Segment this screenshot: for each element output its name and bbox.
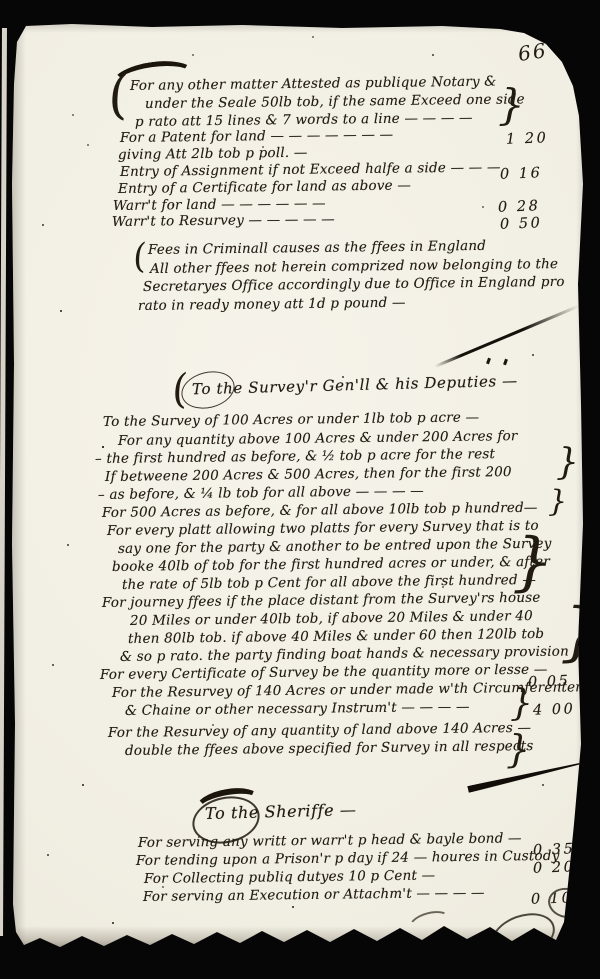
brace-mark: } xyxy=(556,445,579,481)
fee-line: rato in ready money att 1d p pound — xyxy=(138,295,406,314)
fee-line: For Collecting publiq dutyes 10 p Cent — xyxy=(144,867,435,887)
fee-line: If betweene 200 Acres & 500 Acres, then … xyxy=(105,464,512,485)
manuscript-page: 66 ( For any other matter Attested as pu… xyxy=(12,24,586,952)
brace-mark: } xyxy=(510,686,533,722)
fee-line: Entry of a Certificate for land as above… xyxy=(118,177,411,197)
fee-line: double the ffees above specified for Sur… xyxy=(125,738,534,759)
fee-line: giving Att 2lb tob p poll. — xyxy=(118,145,308,163)
section-heading-sheriff: To the Sheriffe — xyxy=(205,800,357,823)
folio-number: 66 xyxy=(516,38,549,66)
fee-line: Fees in Criminall causes as the ffees in… xyxy=(148,238,486,258)
brace-mark: } xyxy=(560,600,600,664)
fee-line: Warr't to Resurvey — — — — — xyxy=(112,211,335,230)
fee-amount: 4 00 xyxy=(533,701,576,718)
fee-amount: 1 20 xyxy=(506,130,549,147)
fee-line: under the Seale 50lb tob, if the same Ex… xyxy=(145,91,525,112)
photo-backdrop: 66 ( For any other matter Attested as pu… xyxy=(0,0,600,979)
brace-mark: } xyxy=(506,730,530,768)
page-right-shading xyxy=(576,24,586,952)
fee-line: – the first hundred as before, & ½ tob p… xyxy=(95,446,495,467)
brace-mark: } xyxy=(498,84,525,126)
fee-amount: 0 50 xyxy=(500,215,543,232)
fee-line: For serving an Execution or Attachm't — … xyxy=(143,885,485,905)
fee-line: To the Survey of 100 Acres or under 1lb … xyxy=(103,409,479,430)
fee-line: – as before, & ¼ lb tob for all above — … xyxy=(98,483,424,503)
paper-speckles xyxy=(12,24,14,26)
fee-amount: 0 16 xyxy=(500,165,543,182)
paragraph-paren: ( xyxy=(131,239,149,275)
fee-line: For tending upon a Prison'r p day if 24 … xyxy=(136,848,560,869)
fee-line: Entry of Assignment if not Exceed halfe … xyxy=(120,159,501,180)
fee-line: For a Patent for land — — — — — — — xyxy=(120,127,393,146)
ink-dot xyxy=(486,358,491,365)
fee-line: For any other matter Attested as publiqu… xyxy=(130,74,497,94)
brace-mark: } xyxy=(548,487,567,517)
fee-amount: 0 20 xyxy=(533,859,576,876)
showthrough-mark xyxy=(406,907,455,942)
adjacent-page-edge xyxy=(0,28,7,936)
page-top-shading xyxy=(12,24,586,33)
fee-amount: 0 28 xyxy=(498,198,541,215)
section-heading-surveyor: To the Survey'r Gen'll & his Deputies — xyxy=(192,372,518,399)
fee-line: & Chaine or other necessary Instrum't — … xyxy=(125,699,470,719)
ink-dot xyxy=(503,359,508,366)
brace-mark: } xyxy=(512,530,553,594)
page-left-shading xyxy=(12,24,26,952)
fee-line: Secretaryes Office accordingly due to Of… xyxy=(143,274,565,295)
fee-line: For serving any writt or warr't p head &… xyxy=(138,830,522,851)
torn-bottom-edge xyxy=(12,926,586,952)
